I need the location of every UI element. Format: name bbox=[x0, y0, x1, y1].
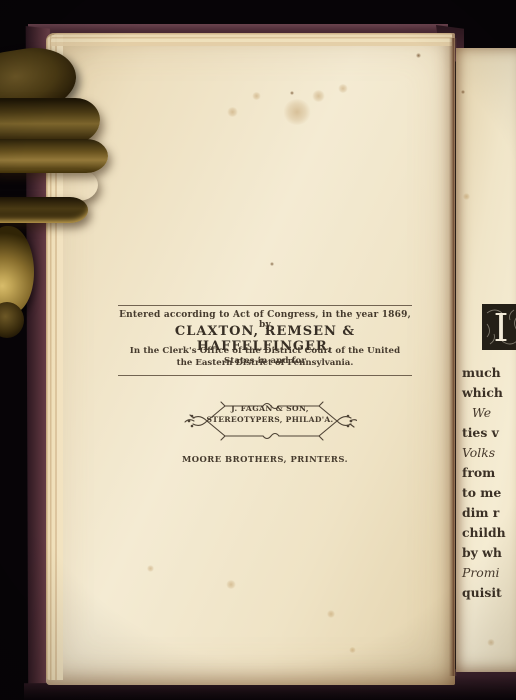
recto-line-fragment: much bbox=[462, 363, 516, 383]
recto-text-column: much which We ties v Volks from to me di… bbox=[462, 363, 516, 603]
brass-ornament-ridge bbox=[0, 139, 108, 173]
recto-line-fragment: We bbox=[462, 403, 516, 423]
rule-below-copyright bbox=[118, 375, 412, 376]
brass-ornament-ridge bbox=[0, 98, 100, 144]
page-block-edge-top bbox=[51, 33, 452, 46]
recto-line-fragment: dim r bbox=[462, 503, 516, 523]
printer-imprint-line: MOORE BROTHERS, PRINTERS. bbox=[118, 454, 412, 464]
stereotyper-name-line: J. FAGAN & SON, bbox=[183, 404, 357, 413]
recto-line-fragment: from bbox=[462, 463, 516, 483]
brass-ornament-ridge bbox=[0, 197, 88, 223]
brass-ornament bbox=[0, 50, 120, 340]
book-photograph: Entered according to Act of Congress, in… bbox=[0, 0, 516, 700]
clerk-office-line-2: the Eastern District of Pennsylvania. bbox=[118, 358, 412, 368]
recto-line-fragment: to me bbox=[462, 483, 516, 503]
brass-ornament-lower-knob bbox=[0, 226, 34, 314]
recto-line-fragment: ties v bbox=[462, 423, 516, 443]
drop-cap-letter: I bbox=[493, 306, 508, 350]
next-page-edge: I much which We ties v Volks from to me … bbox=[456, 48, 516, 672]
stereotyper-role-line: STEREOTYPERS, PHILAD'A. bbox=[183, 415, 357, 424]
recto-line-fragment: childh bbox=[462, 523, 516, 543]
recto-line-fragment: which bbox=[462, 383, 516, 403]
rule-above-copyright bbox=[118, 305, 412, 306]
recto-line-fragment: Volks bbox=[462, 443, 516, 463]
recto-line-fragment: Promi bbox=[462, 563, 516, 583]
illuminated-initial: I bbox=[482, 304, 516, 350]
recto-line-fragment: quisit bbox=[462, 583, 516, 603]
recto-line-fragment: by wh bbox=[462, 543, 516, 563]
